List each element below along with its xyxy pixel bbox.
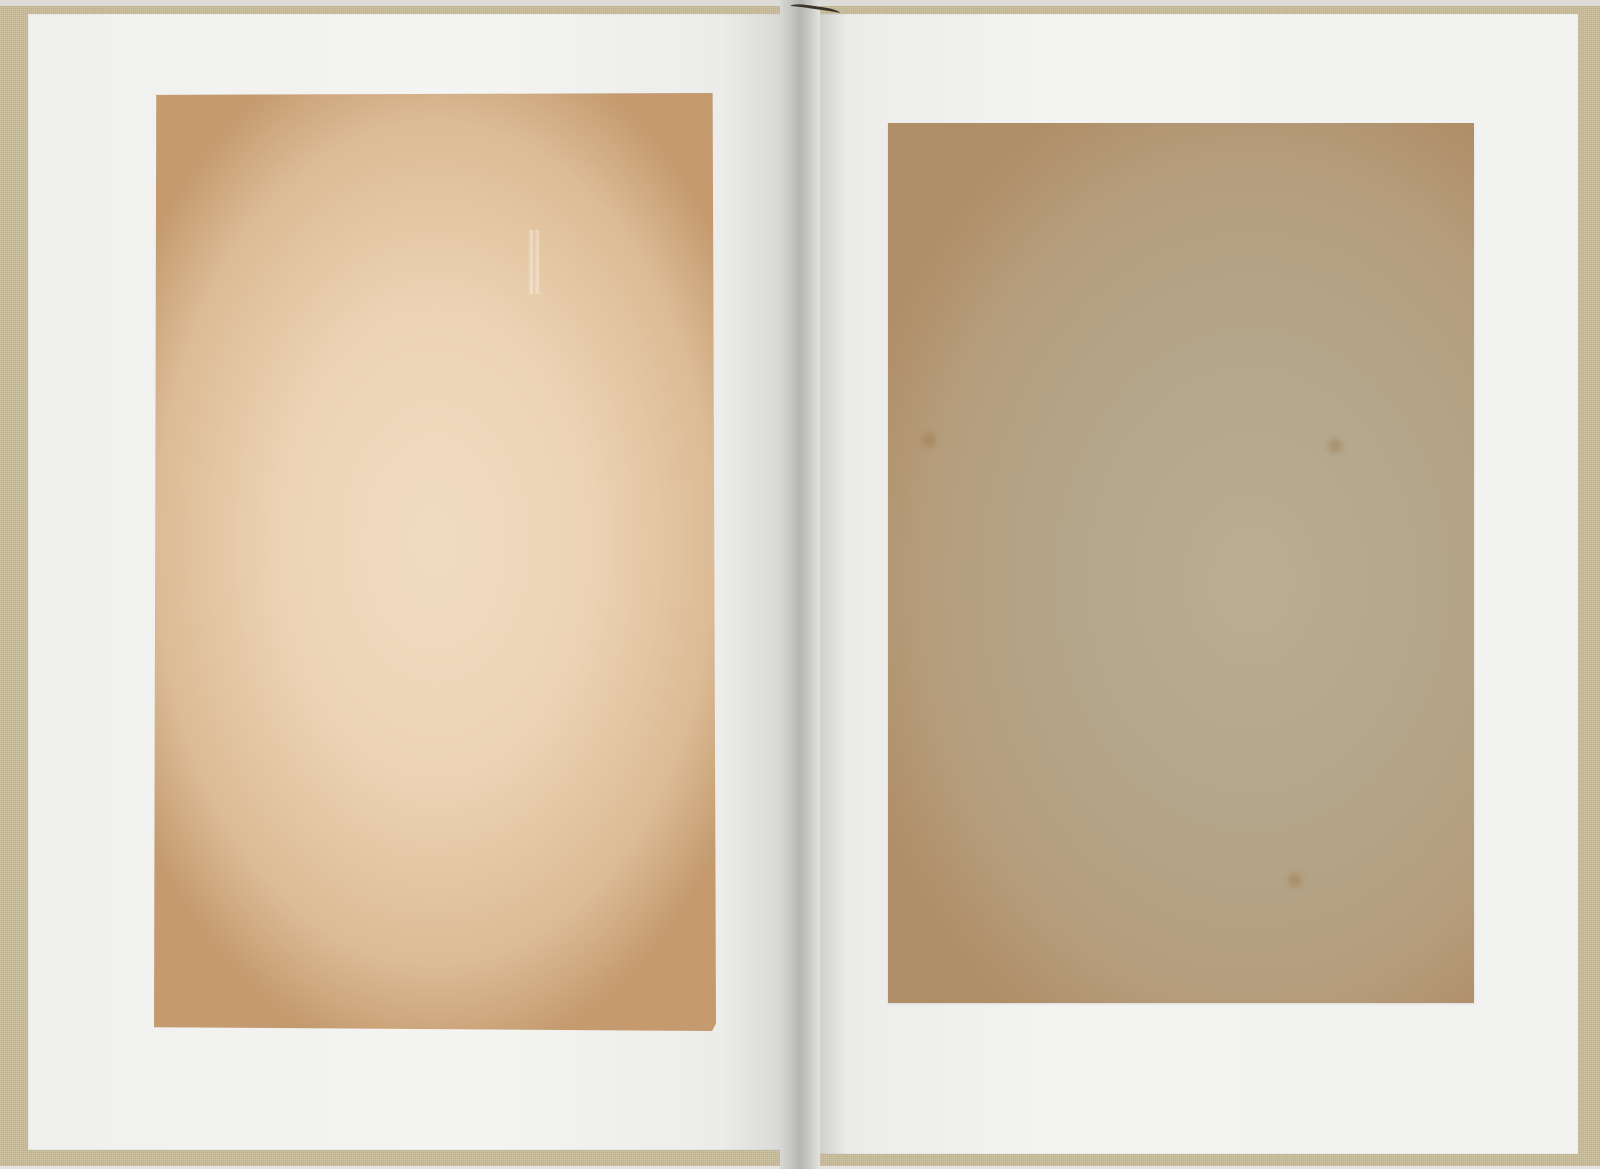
- foxing-spot: [1288, 873, 1302, 887]
- right-mounted-sheet: [888, 123, 1474, 1003]
- foxing-spot: [1328, 439, 1342, 453]
- left-mounted-sheet: [154, 93, 716, 1031]
- foxing-spot: [922, 433, 936, 447]
- book-gutter: [780, 0, 820, 1169]
- photo-scene: [0, 0, 1600, 1169]
- left-sheet-light-streak: [528, 230, 540, 294]
